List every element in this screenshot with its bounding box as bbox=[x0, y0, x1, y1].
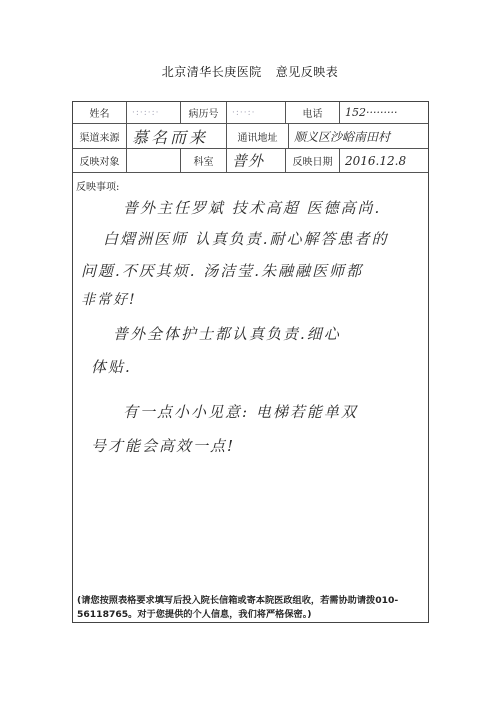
department-field[interactable]: 普外 bbox=[227, 149, 286, 173]
date-label: 反映日期 bbox=[286, 149, 340, 173]
form-title: 北京清华长庚医院意见反映表 bbox=[0, 63, 500, 80]
record-number-label: 病历号 bbox=[181, 102, 227, 124]
address-field[interactable]: 顺义区沙峪南田村 bbox=[289, 124, 428, 149]
department-label: 科室 bbox=[181, 149, 227, 173]
address-label: 通讯地址 bbox=[227, 124, 289, 149]
record-number-field[interactable]: ·:··:· bbox=[227, 102, 286, 124]
feedback-line: 白熠洲医师 认真负责.耐心解答患者的 bbox=[103, 228, 389, 249]
department-value: 普外 bbox=[232, 150, 264, 171]
source-value: 慕名而来 bbox=[132, 125, 208, 148]
target-label: 反映对象 bbox=[73, 149, 127, 173]
feedback-label: 反映事项: bbox=[76, 178, 119, 193]
source-field[interactable]: 慕名而来 bbox=[127, 124, 227, 149]
form-name: 意见反映表 bbox=[276, 65, 339, 79]
name-label: 姓名 bbox=[73, 102, 127, 124]
feedback-form: 姓名 ·:·:·:· 病历号 ·:··:· 电话 152········· 渠道… bbox=[72, 101, 429, 623]
target-field[interactable] bbox=[127, 149, 181, 173]
source-label: 渠道来源 bbox=[73, 124, 127, 149]
hospital-name: 北京清华长庚医院 bbox=[162, 65, 262, 79]
name-field[interactable]: ·:·:·:· bbox=[127, 102, 181, 124]
feedback-line: 体贴. bbox=[91, 356, 132, 377]
date-field[interactable]: 2016.12.8 bbox=[340, 149, 428, 173]
phone-label: 电话 bbox=[286, 102, 340, 124]
feedback-line: 号才能会高效一点! bbox=[91, 435, 235, 456]
feedback-line: 普外主任罗斌 技术高超 医德高尚. bbox=[123, 197, 381, 218]
name-value-redacted: ·:·:·:· bbox=[132, 108, 160, 118]
feedback-line: 非常好! bbox=[81, 289, 137, 309]
phone-field[interactable]: 152········· bbox=[340, 102, 428, 124]
date-value: 2016.12.8 bbox=[345, 154, 406, 168]
phone-value: 152········· bbox=[345, 106, 397, 119]
record-value-redacted: ·:··:· bbox=[232, 108, 256, 118]
feedback-area[interactable]: 反映事项: 普外主任罗斌 技术高超 医德高尚. 白熠洲医师 认真负责.耐心解答患… bbox=[73, 173, 428, 622]
feedback-line: 有一点小小见意: 电梯若能单双 bbox=[123, 401, 358, 422]
feedback-line: 普外全体护士都认真负责.细心 bbox=[113, 323, 341, 344]
feedback-line: 问题.不厌其烦. 汤洁莹.朱融融医师都 bbox=[81, 260, 363, 281]
instruction-note: (请您按照表格要求填写后投入院长信箱或寄本院医政组收，若需协助请拨010-561… bbox=[77, 594, 427, 622]
address-value: 顺义区沙峪南田村 bbox=[294, 128, 390, 145]
